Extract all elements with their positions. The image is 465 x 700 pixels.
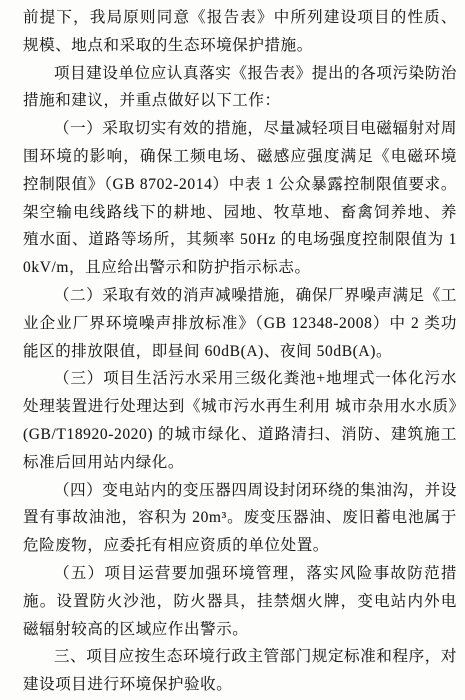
paragraph-intro: 项目建设单位应认真落实《报告表》提出的各项污染防治措施和建议，并重点做好以下工作…: [23, 60, 457, 116]
document-body: 前提下，我局原则同意《报告表》中所列建设项目的性质、规模、地点和采取的生态环境保…: [23, 4, 457, 699]
paragraph-item-5: （五）项目运营要加强环境管理，落实风险事故防范措施。设置防火沙池，防火器具，挂禁…: [23, 560, 457, 643]
paragraph-item-3: （三）项目生活污水采用三级化粪池+地埋式一体化污水处理装置进行处理达到《城市污水…: [23, 365, 457, 476]
paragraph-section-3: 三、项目应按生态环境行政主管部门规定标准和程序，对建设项目进行环境保护验收。: [23, 643, 457, 699]
paragraph-item-4: （四）变电站内的变压器四周设封闭环绕的集油沟，并设置有事故油池，容积为 20m³…: [23, 477, 457, 560]
paragraph-continuation: 前提下，我局原则同意《报告表》中所列建设项目的性质、规模、地点和采取的生态环境保…: [23, 4, 457, 60]
paragraph-item-1: （一）采取切实有效的措施，尽量减轻项目电磁辐射对周围环境的影响，确保工频电场、磁…: [23, 115, 457, 282]
paragraph-item-2: （二）采取有效的消声减噪措施，确保厂界噪声满足《工业企业厂界环境噪声排放标准》（…: [23, 282, 457, 365]
document-page: 前提下，我局原则同意《报告表》中所列建设项目的性质、规模、地点和采取的生态环境保…: [0, 0, 465, 700]
